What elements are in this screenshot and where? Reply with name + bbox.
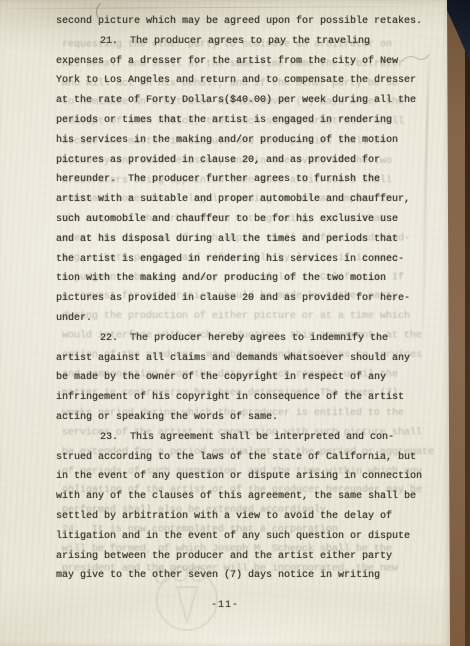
typed-line: tion with the making and/or producing of… (56, 269, 442, 289)
typed-line: 23. This agreement shall be interpreted … (56, 428, 442, 448)
backing-edge-shadow (465, 0, 470, 646)
typed-line: pictures as provided in clause 20 and as… (56, 289, 442, 309)
typed-line: strued according to the laws of the stat… (56, 448, 442, 468)
typed-text-body: second picture which may be agreed upon … (56, 12, 442, 586)
typed-line: the artist is engaged in rendering his s… (56, 250, 442, 270)
fold-line (0, 6, 450, 9)
typed-line: second picture which may be agreed upon … (56, 12, 442, 32)
typed-line: at the rate of Forty Dollars($40.00) per… (56, 91, 442, 111)
typed-line: in the event of any question or dispute … (56, 467, 442, 487)
typed-line: periods or times that the artist is enga… (56, 111, 442, 131)
typed-line: acting or speaking the words of same. (56, 408, 442, 428)
typed-line: litigation and in the event of any such … (56, 527, 442, 547)
scanned-document-photo: requesting the other party to nominate a… (0, 0, 470, 646)
typed-line: such automobile and chauffeur to be for … (56, 210, 442, 230)
typed-line: may give to the other seven (7) days not… (56, 566, 442, 586)
typed-line: York to Los Angeles and return and to co… (56, 71, 442, 91)
typed-line: pictures as provided in clause 20, and a… (56, 151, 442, 171)
typed-line: artist against all claims and demands wh… (56, 349, 442, 369)
typed-line: and at his disposal during all the times… (56, 230, 442, 250)
typed-line: be made by the owner of the copyright in… (56, 368, 442, 388)
typed-line: hereunder. The producer further agrees t… (56, 170, 442, 190)
typed-line: with any of the clauses of this agreemen… (56, 487, 442, 507)
typed-line: artist with a suitable and proper automo… (56, 190, 442, 210)
typed-line: his services in the making and/or produc… (56, 131, 442, 151)
typed-line: infringement of his copyright in consequ… (56, 388, 442, 408)
typed-line: 22. The producer hereby agrees to indemn… (56, 329, 442, 349)
typed-line: expenses of a dresser for the artist fro… (56, 52, 442, 72)
typed-line: settled by arbitration with a view to av… (56, 507, 442, 527)
typed-line: arising between the producer and the art… (56, 547, 442, 567)
paper-sheet: requesting the other party to nominate a… (0, 0, 450, 646)
typed-line: 21. The producer agrees to pay the trave… (56, 32, 442, 52)
page-number: -11- (0, 600, 450, 611)
typed-line: under. (56, 309, 442, 329)
